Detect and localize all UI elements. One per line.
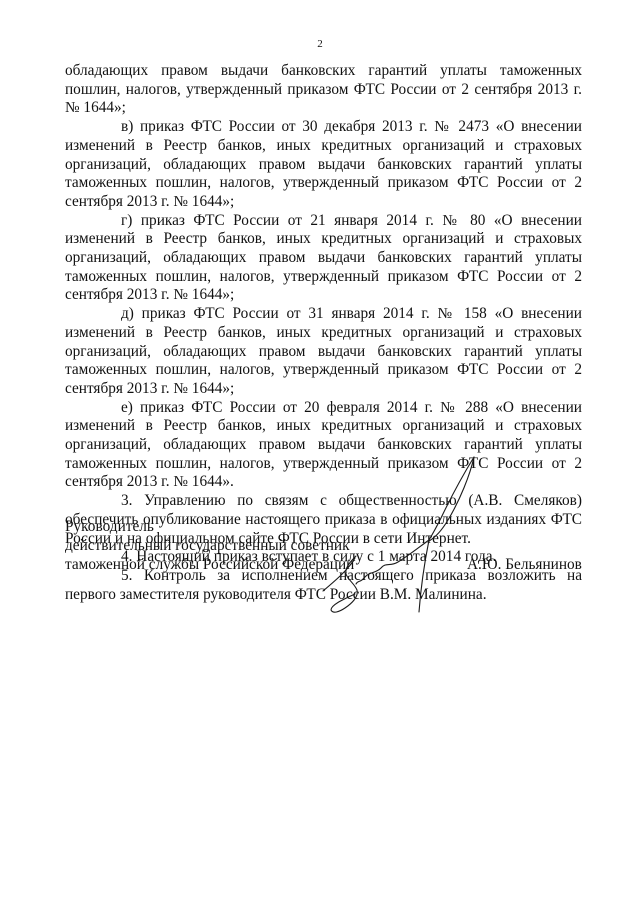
paragraph-item-e: е) приказ ФТС России от 20 февраля 2014 …: [65, 399, 582, 493]
paragraph-continuation: обладающих правом выдачи банковских гара…: [65, 62, 582, 118]
page-number: 2: [0, 38, 640, 50]
signer-position-line-1: Руководитель: [65, 517, 605, 536]
signer-name: А.Ю. Бельянинов: [467, 555, 582, 574]
paragraph-item-d: д) приказ ФТС России от 31 января 2014 г…: [65, 305, 582, 399]
signer-position-line-2: действительный государственный советник: [65, 536, 605, 555]
paragraph-item-v: в) приказ ФТС России от 30 декабря 2013 …: [65, 118, 582, 212]
paragraph-item-g: г) приказ ФТС России от 21 января 2014 г…: [65, 212, 582, 306]
